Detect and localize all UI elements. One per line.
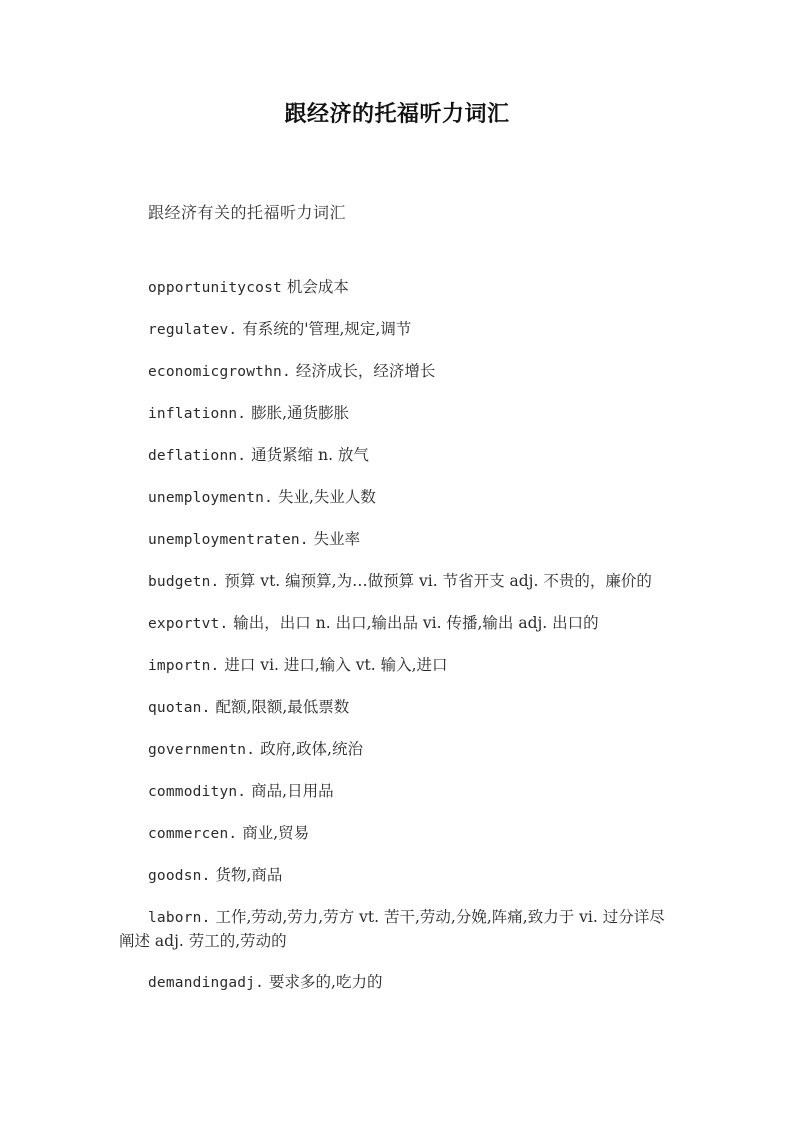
vocab-term: commodityn. [148, 784, 246, 800]
vocabulary-list: opportunitycost 机会成本 regulatev. 有系统的'管理,… [119, 276, 679, 1013]
vocab-term: unemploymentraten. [148, 532, 309, 548]
vocab-definition: 要求多的,吃力的 [264, 973, 382, 991]
vocab-entry-goods: goodsn. 货物,商品 [119, 864, 679, 888]
vocab-term: economicgrowthn. [148, 364, 291, 380]
vocab-definition: 输出，出口 n. 出口,输出品 vi. 传播,输出 adj. 出口的 [228, 614, 598, 632]
vocab-definition: 有系统的'管理,规定,调节 [237, 320, 411, 338]
vocab-term: opportunitycost [148, 280, 282, 296]
document-page: 跟经济的托福听力词汇 跟经济有关的托福听力词汇 opportunitycost … [0, 0, 794, 1123]
vocab-entry-inflation: inflationn. 膨胀,通货膨胀 [119, 402, 679, 426]
vocab-entry-unemployment: unemploymentn. 失业,失业人数 [119, 486, 679, 510]
vocab-definition: 失业,失业人数 [273, 488, 376, 506]
vocab-term: governmentn. [148, 742, 255, 758]
vocab-definition: 膨胀,通货膨胀 [246, 404, 349, 422]
document-title: 跟经济的托福听力词汇 [0, 97, 794, 128]
vocab-entry-deflation: deflationn. 通货紧缩 n. 放气 [119, 444, 679, 468]
vocab-definition: 商品,日用品 [246, 782, 333, 800]
vocab-term: deflationn. [148, 448, 246, 464]
vocab-entry-opportunity-cost: opportunitycost 机会成本 [119, 276, 679, 300]
vocab-entry-import: importn. 进口 vi. 进口,输入 vt. 输入,进口 [119, 654, 679, 678]
vocab-entry-commodity: commodityn. 商品,日用品 [119, 780, 679, 804]
vocab-definition: 失业率 [309, 530, 360, 548]
vocab-term: unemploymentn. [148, 490, 273, 506]
vocab-definition: 政府,政体,统治 [255, 740, 363, 758]
vocab-entry-unemployment-rate: unemploymentraten. 失业率 [119, 528, 679, 552]
vocab-entry-labor: laborn. 工作,劳动,劳力,劳方 vt. 苦干,劳动,分娩,阵痛,致力于 … [119, 906, 679, 953]
vocab-term: demandingadj. [148, 975, 264, 991]
vocab-definition: 配额,限额,最低票数 [211, 698, 350, 716]
vocab-term: regulatev. [148, 322, 237, 338]
vocab-term: commercen. [148, 826, 237, 842]
vocab-entry-commerce: commercen. 商业,贸易 [119, 822, 679, 846]
vocab-definition: 进口 vi. 进口,输入 vt. 输入,进口 [219, 656, 447, 674]
vocab-term: inflationn. [148, 406, 246, 422]
vocab-definition: 通货紧缩 n. 放气 [246, 446, 369, 464]
document-subtitle: 跟经济有关的托福听力词汇 [148, 200, 346, 223]
vocab-term: budgetn. [148, 574, 219, 590]
vocab-definition: 经济成长，经济增长 [291, 362, 435, 380]
vocab-definition: 预算 vt. 编预算,为…做预算 vi. 节省开支 adj. 不贵的，廉价的 [219, 572, 651, 590]
vocab-definition: 机会成本 [282, 278, 349, 296]
vocab-entry-regulate: regulatev. 有系统的'管理,规定,调节 [119, 318, 679, 342]
vocab-term: importn. [148, 658, 219, 674]
vocab-entry-export: exportvt. 输出，出口 n. 出口,输出品 vi. 传播,输出 adj.… [119, 612, 679, 636]
vocab-entry-budget: budgetn. 预算 vt. 编预算,为…做预算 vi. 节省开支 adj. … [119, 570, 679, 594]
vocab-term: laborn. [148, 910, 211, 926]
vocab-entry-demanding: demandingadj. 要求多的,吃力的 [119, 971, 679, 995]
vocab-term: goodsn. [148, 868, 211, 884]
vocab-entry-government: governmentn. 政府,政体,统治 [119, 738, 679, 762]
vocab-entry-quota: quotan. 配额,限额,最低票数 [119, 696, 679, 720]
vocab-definition: 货物,商品 [211, 866, 283, 884]
vocab-term: quotan. [148, 700, 211, 716]
vocab-definition: 商业,贸易 [237, 824, 309, 842]
vocab-term: exportvt. [148, 616, 228, 632]
vocab-entry-economic-growth: economicgrowthn. 经济成长，经济增长 [119, 360, 679, 384]
